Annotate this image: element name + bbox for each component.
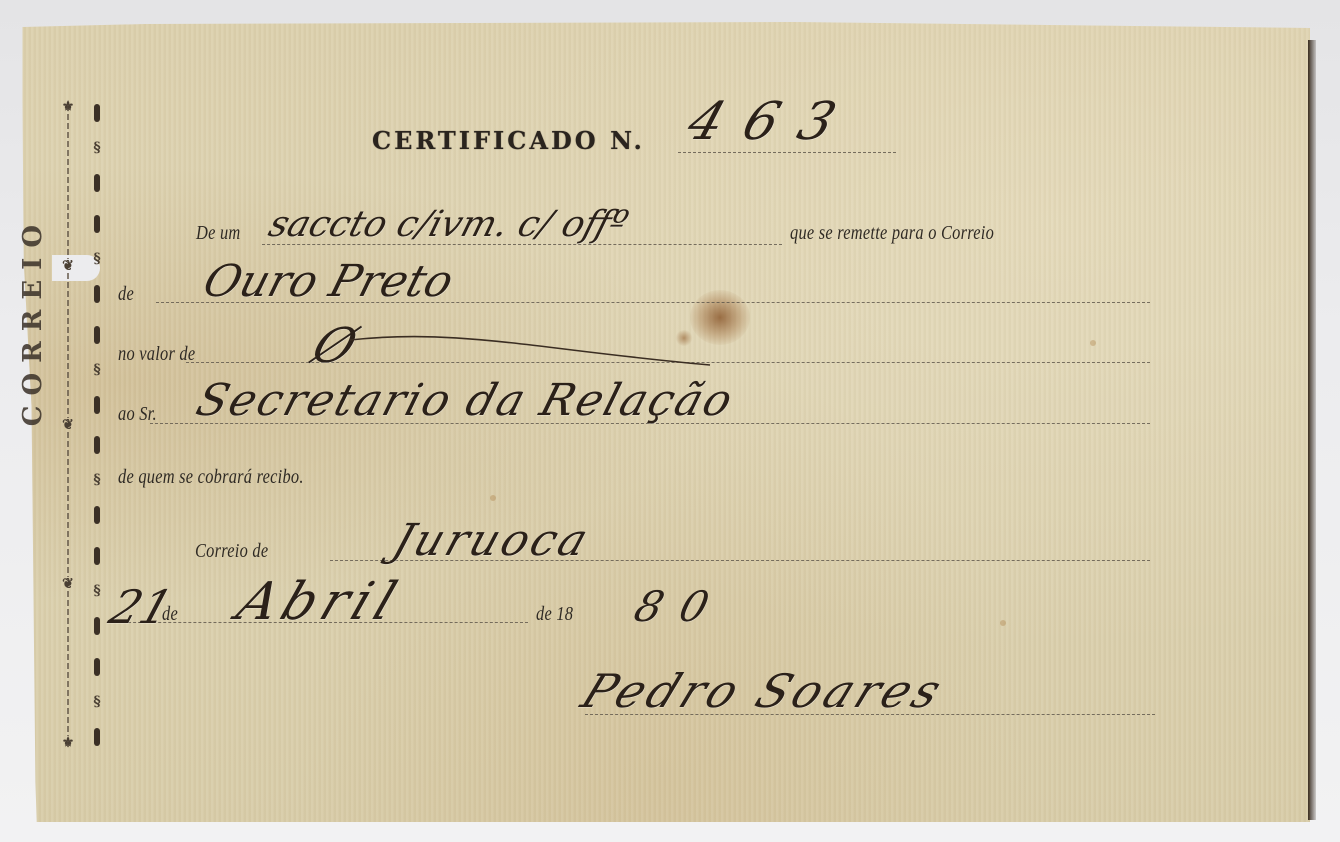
fleuron-icon: ❦ <box>62 577 74 591</box>
fleuron-icon: ⚜ <box>62 736 75 750</box>
dotted-rule <box>67 114 69 259</box>
label-de: de <box>118 283 134 306</box>
label-date-de-18: de 18 <box>536 603 573 626</box>
number-rule <box>678 152 896 153</box>
ornament-bar <box>94 436 100 454</box>
recipient-name: Secretario da Relação <box>191 375 740 426</box>
ornament-bar <box>94 547 100 565</box>
ornament-bar <box>94 326 100 344</box>
ornament-border-right: § § § § § § <box>86 100 108 750</box>
dotted-rule <box>67 432 69 577</box>
certificate-title: CERTIFICADO N. <box>372 126 645 155</box>
scroll-icon: § <box>93 584 100 598</box>
value-flourish <box>340 330 720 370</box>
ornament-bar <box>94 215 100 233</box>
scroll-icon: § <box>93 363 100 377</box>
certificate-number: 463 <box>680 92 865 152</box>
scroll-icon: § <box>93 252 100 266</box>
label-correio-de: Correio de <box>195 540 268 563</box>
dotted-rule <box>67 591 69 736</box>
label-date-de: de <box>162 603 178 626</box>
scroll-icon: § <box>93 695 100 709</box>
date-month: Abril <box>229 572 410 632</box>
ornament-border-left: ⚜ ❦ ❦ ❦ ⚜ <box>60 100 76 750</box>
dotted-rule <box>67 273 69 418</box>
ornament-bar <box>94 506 100 524</box>
foxing-spot <box>490 495 496 501</box>
ornament-bar <box>94 174 100 192</box>
date-year-suffix: 80 <box>629 582 733 631</box>
label-de-um: De um <box>196 222 240 245</box>
destination-post-office: Ouro Preto <box>198 256 459 307</box>
stub-text: CORREIO <box>18 215 48 426</box>
ornament-bar <box>94 658 100 676</box>
foxing-spot <box>1090 340 1096 346</box>
fleuron-icon: ❦ <box>62 418 74 432</box>
label-recibo: de quem se cobrará recibo. <box>118 466 304 489</box>
label-remette: que se remette para o Correio <box>790 222 994 245</box>
ornament-bar <box>94 396 100 414</box>
label-no-valor-de: no valor de <box>118 343 195 366</box>
scroll-icon: § <box>93 473 100 487</box>
ornament-bar <box>94 617 100 635</box>
fleuron-icon: ❦ <box>62 259 74 273</box>
postmaster-signature: Pedro Soares <box>574 664 953 718</box>
origin-post-office: Juruoca <box>387 515 597 566</box>
ornament-bar <box>94 285 100 303</box>
sheet-edge-shadow <box>1308 40 1316 820</box>
fleuron-icon: ⚜ <box>62 100 75 114</box>
ornament-bar <box>94 728 100 746</box>
foxing-spot <box>1000 620 1006 626</box>
scroll-icon: § <box>93 141 100 155</box>
ornament-bar <box>94 104 100 122</box>
item-description: saccto c/ivm. c/ offº <box>264 204 633 245</box>
